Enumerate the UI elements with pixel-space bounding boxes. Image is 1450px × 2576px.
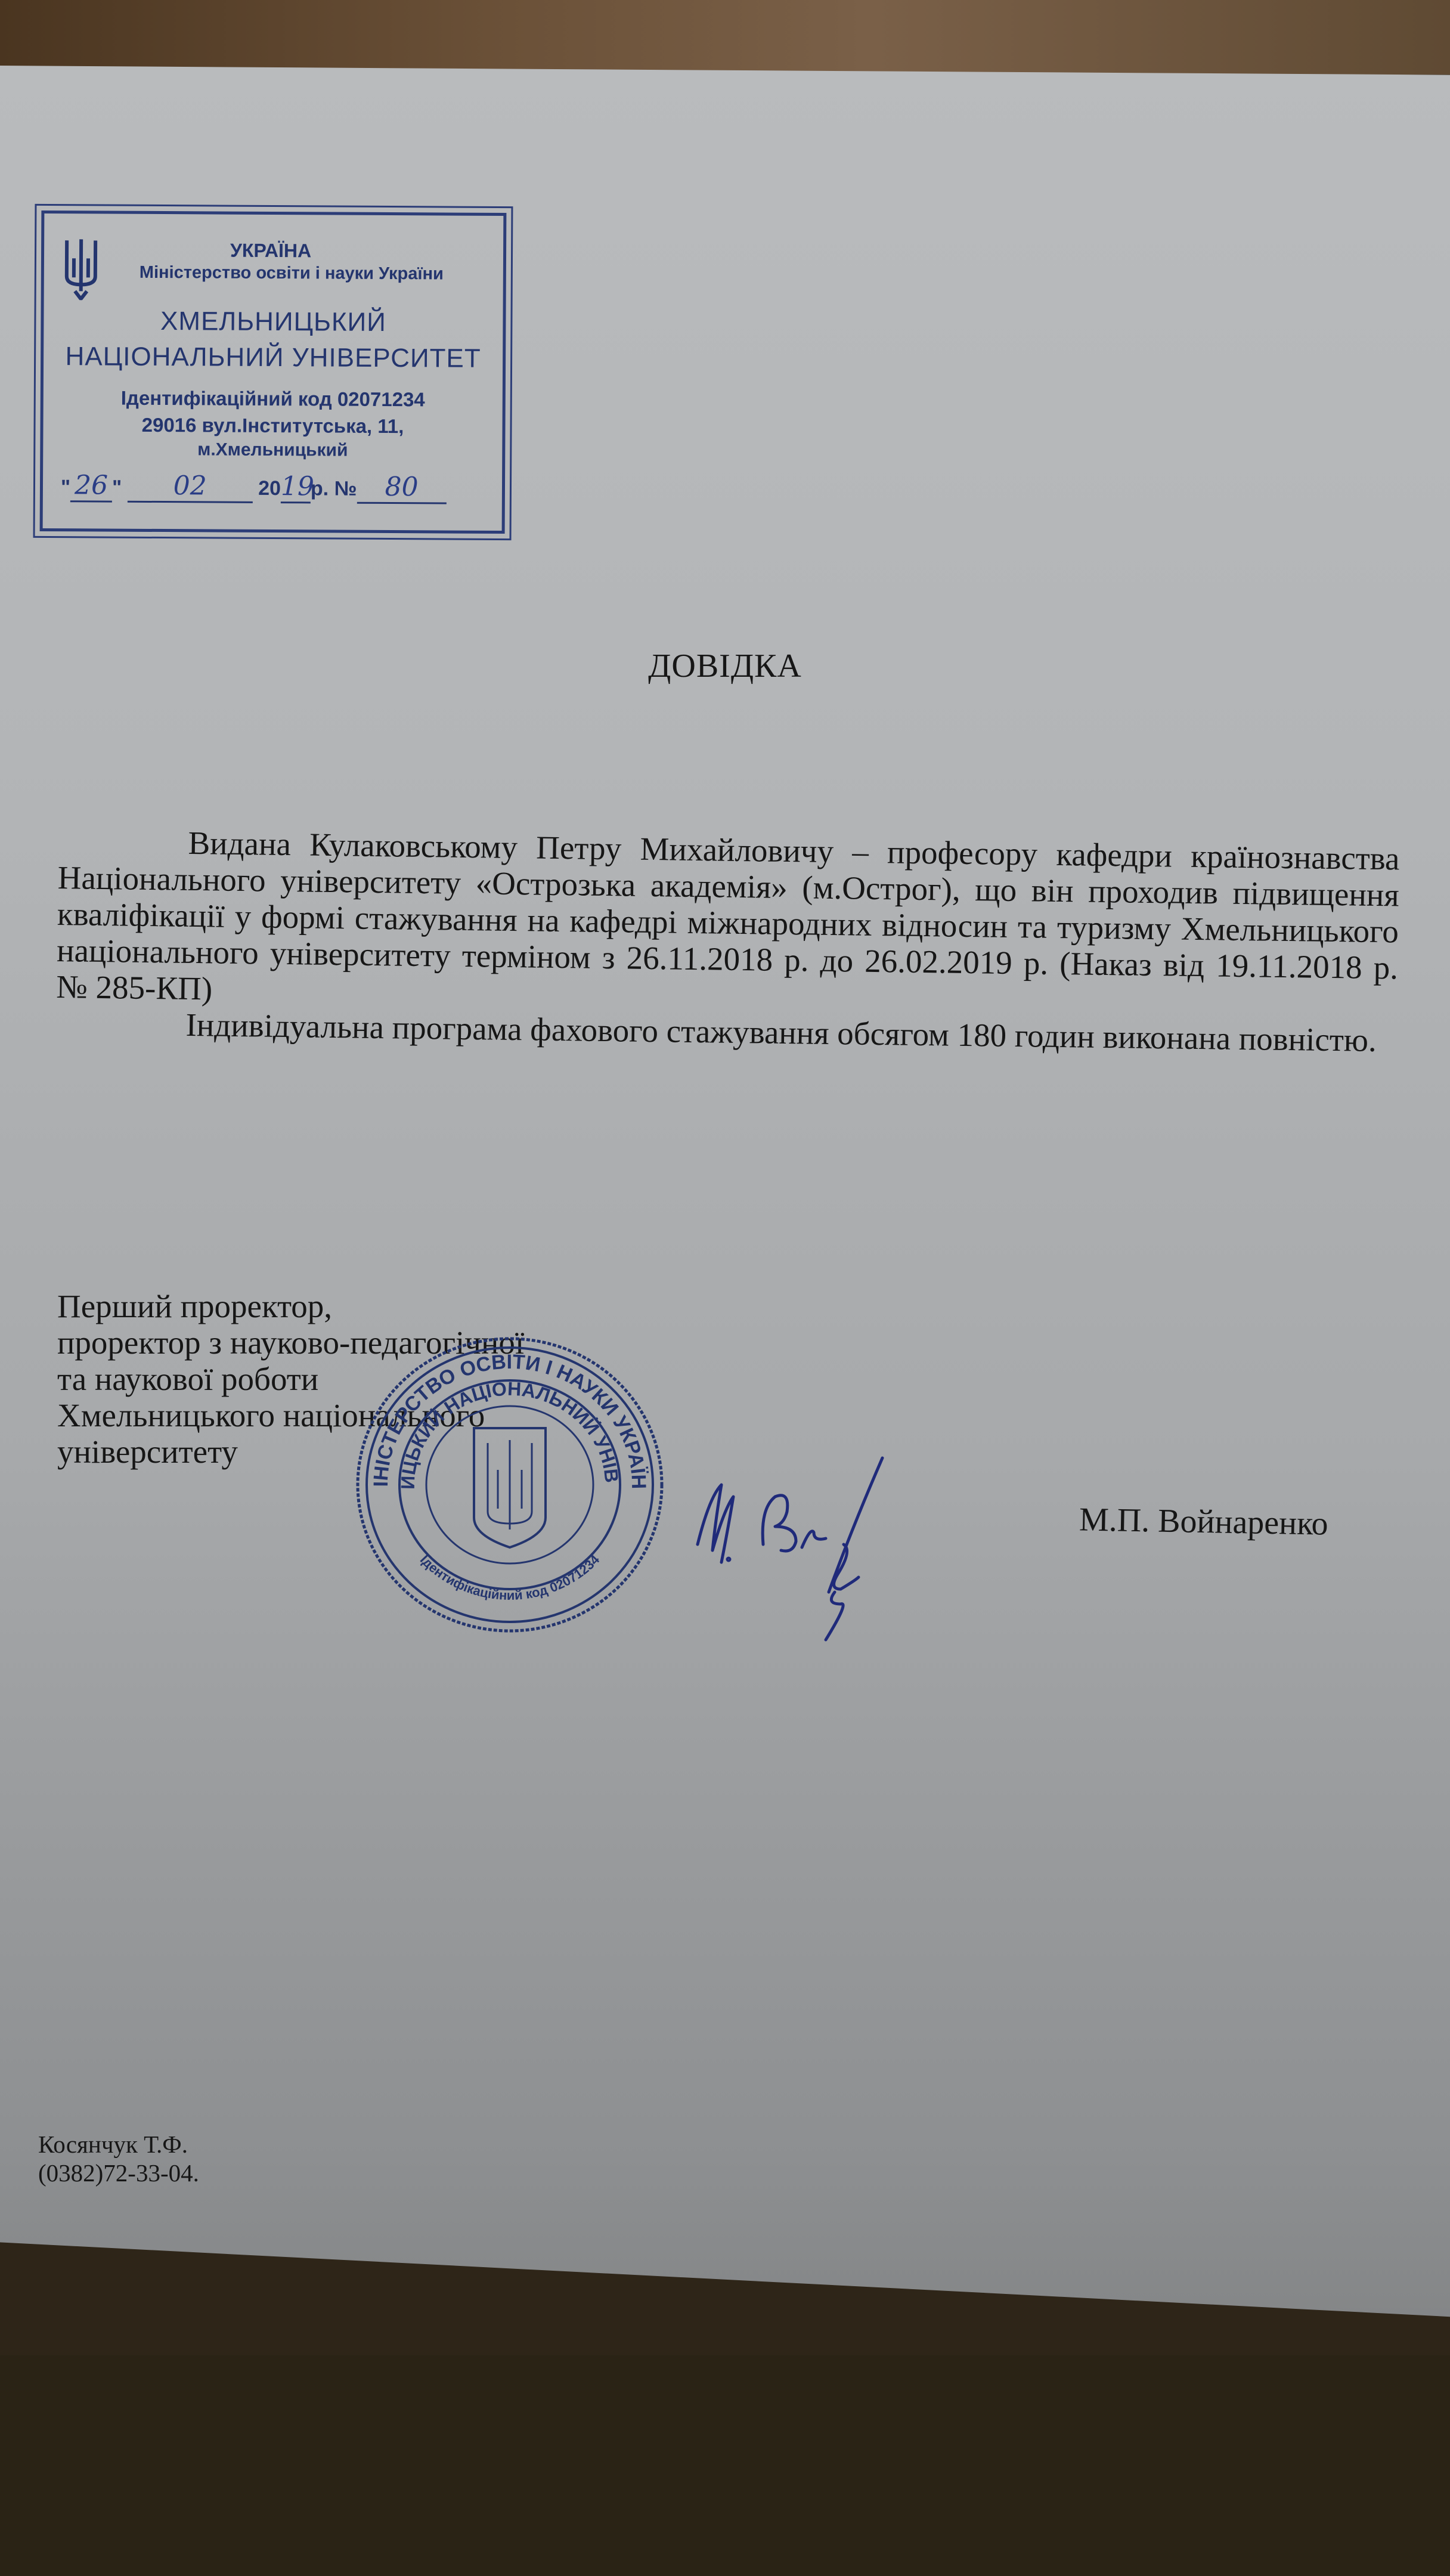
body-paragraph-1: Видана Кулаковському Петру Михайловичу –… (56, 823, 1400, 1022)
stamp-address: 29016 вул.Інститутська, 11, (43, 413, 502, 438)
stamp-day: 26 (70, 470, 112, 502)
stamp-ministry: Міністерство освіти і науки України (86, 262, 497, 284)
executor-info: Косянчук Т.Ф. (0382)72-33-04. (38, 2130, 199, 2187)
desk-surface-top (0, 0, 1450, 75)
stamp-id-code: Ідентифікаційний код 02071234 (44, 386, 503, 411)
stamp-university-line2: НАЦІОНАЛЬНИЙ УНІВЕРСИТЕТ (44, 342, 503, 374)
seal-bottom-text: Ідентифікаційний код 02071234 (417, 1552, 603, 1602)
stamp-year-suffix: 19 (281, 471, 311, 503)
official-round-seal: МІНІСТЕРСТВО ОСВІТИ І НАУКИ УКРАЇНИ ХМЕЛ… (352, 1333, 668, 1637)
date-close-quote: " (112, 476, 122, 499)
position-line: Перший проректор, (57, 1288, 524, 1324)
document-body: Видана Кулаковському Петру Михайловичу –… (55, 823, 1400, 1058)
stamp-university-line1: ХМЕЛЬНИЦЬКИЙ (44, 306, 503, 338)
stamp-country: УКРАЇНА (86, 239, 456, 262)
executor-name: Косянчук Т.Ф. (38, 2130, 199, 2159)
stamp-date-number: "26" 02 2019р. №80 (61, 470, 520, 504)
stamp-year-unit: р. (311, 477, 329, 500)
executor-phone: (0382)72-33-04. (38, 2159, 199, 2187)
desk-surface-bottom (0, 2355, 1450, 2576)
stamp-number: 80 (357, 472, 446, 504)
signatory-name: М.П. Войнаренко (1079, 1500, 1328, 1543)
registration-stamp: УКРАЇНА Міністерство освіти і науки Укра… (40, 210, 507, 534)
date-open-quote: " (61, 476, 70, 499)
stamp-number-label: № (334, 478, 357, 500)
stamp-city: м.Хмельницький (43, 439, 502, 462)
stamp-month: 02 (128, 470, 253, 503)
handwritten-signature (686, 1431, 960, 1646)
document-title: ДОВІДКА (0, 647, 1450, 685)
stamp-year-prefix: 20 (258, 477, 281, 500)
